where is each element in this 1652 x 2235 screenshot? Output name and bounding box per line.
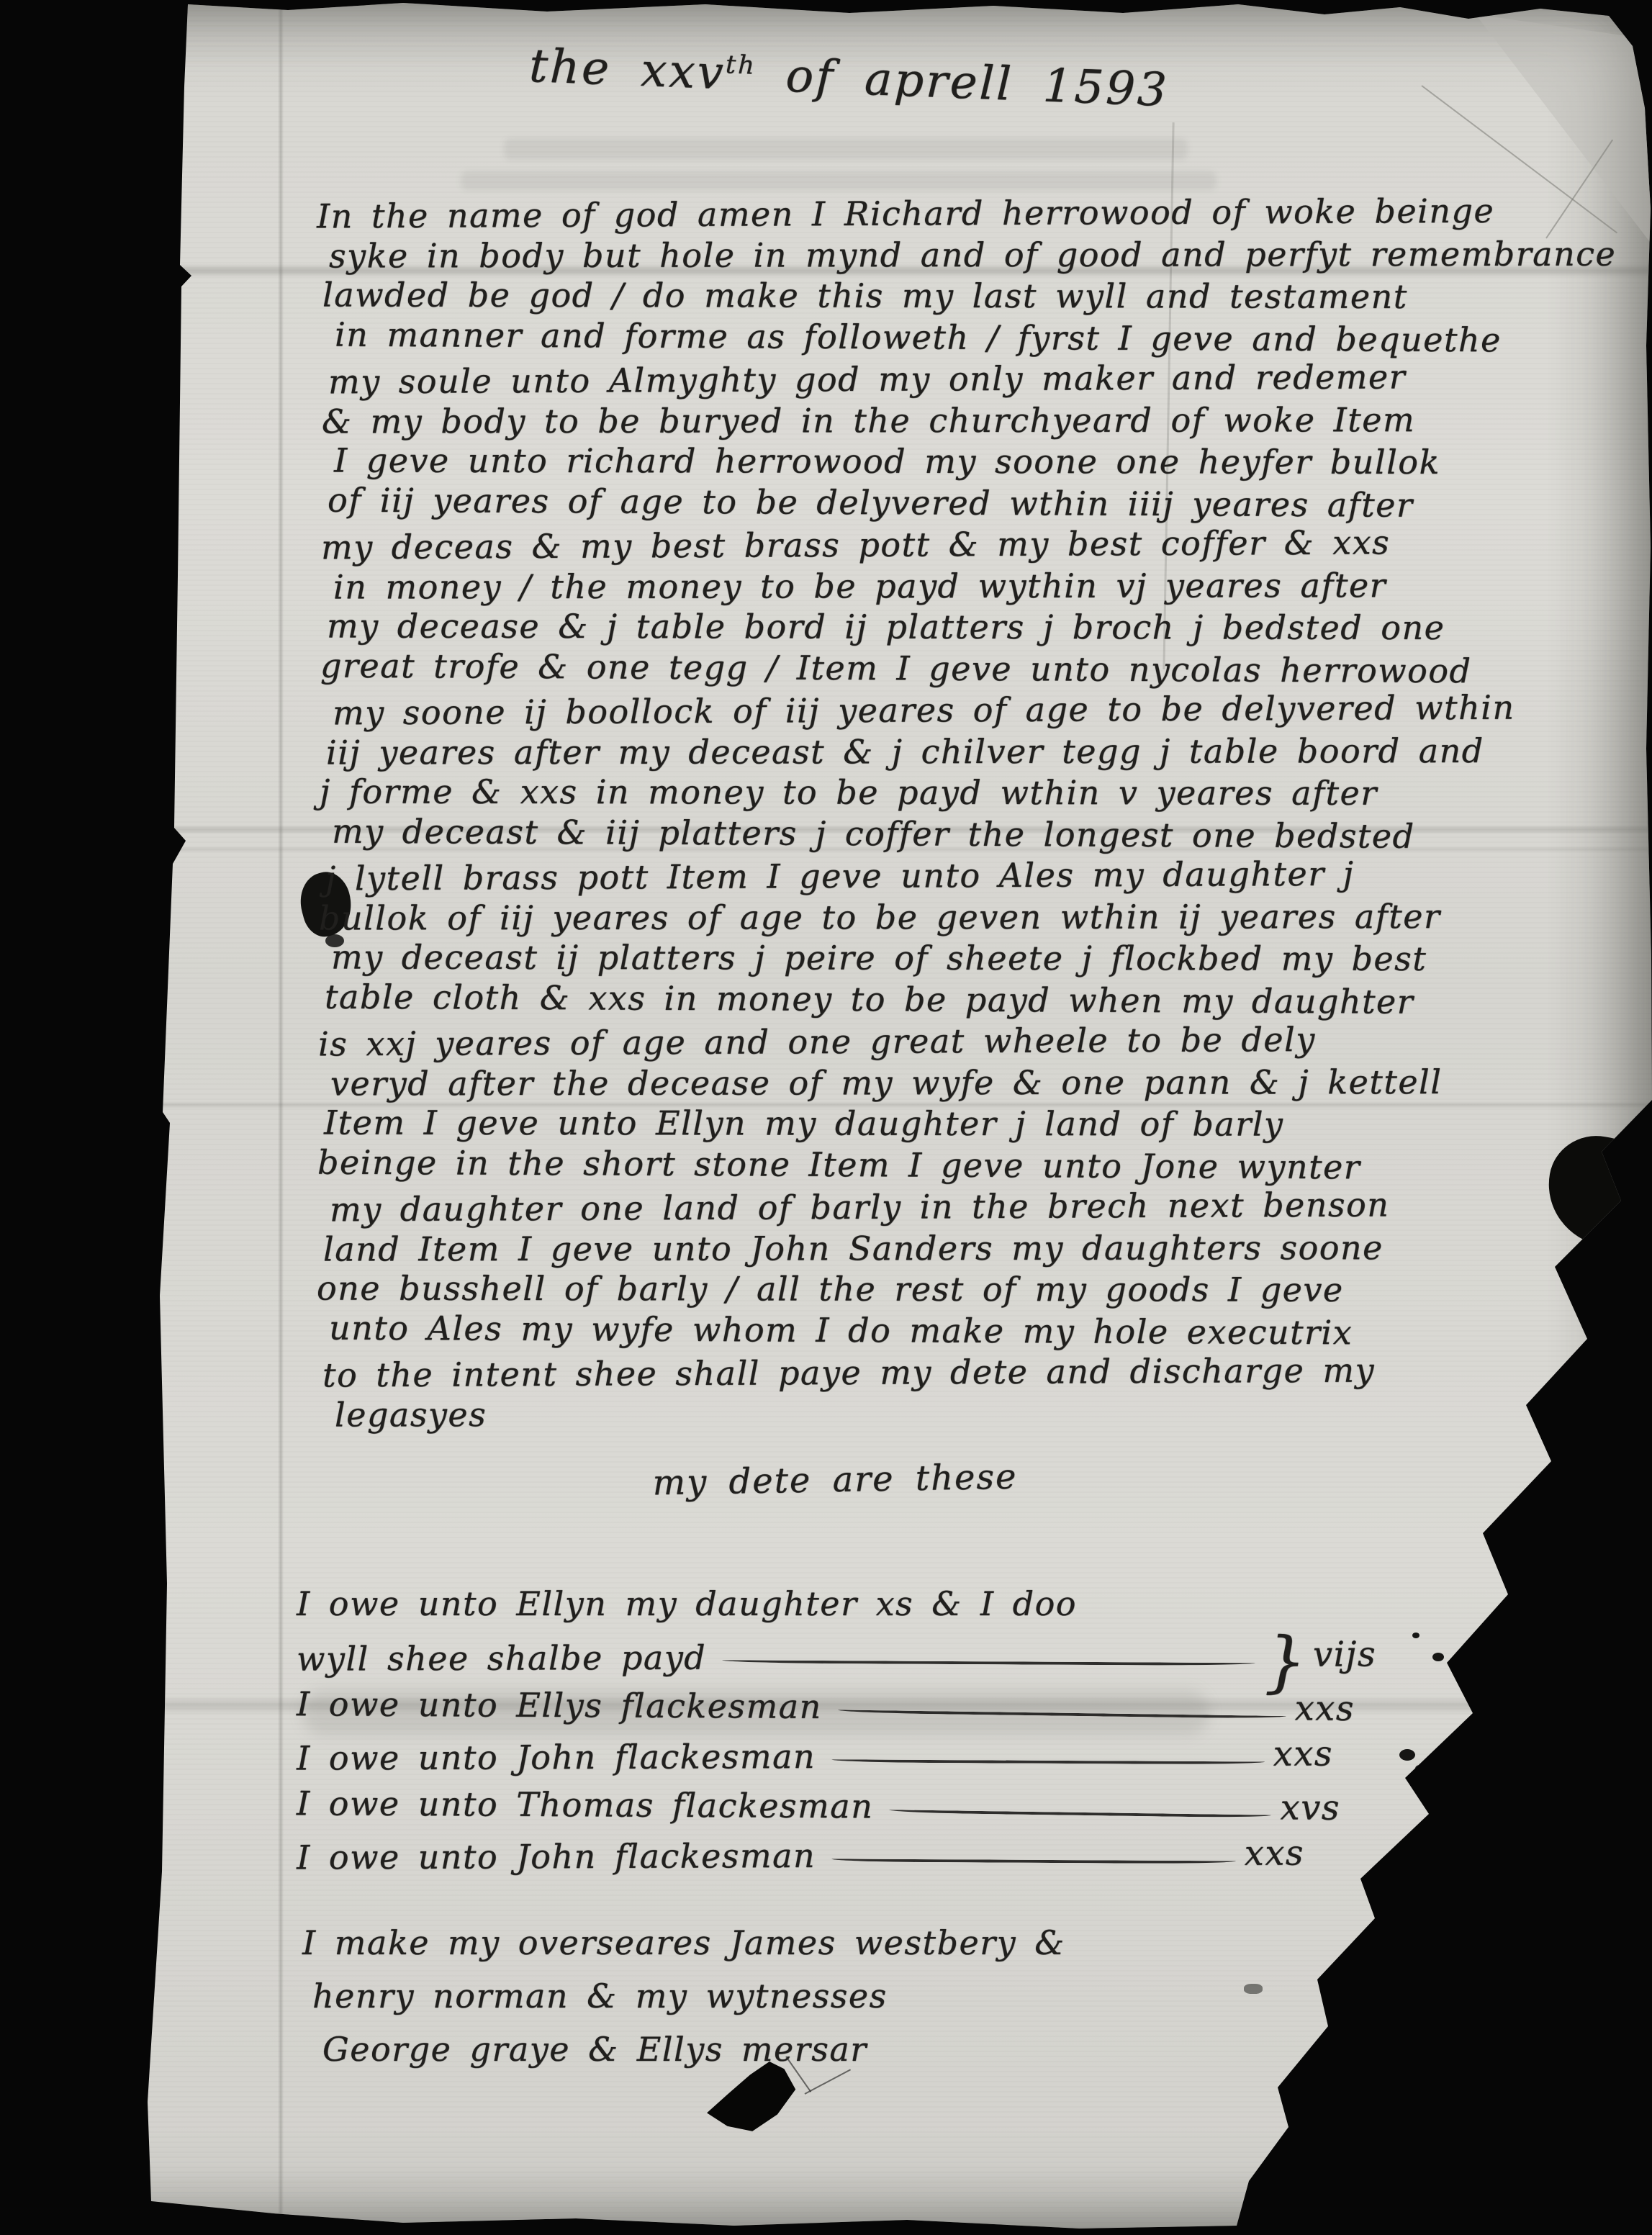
ink-speck [1399, 1749, 1415, 1761]
bleedthrough-mark [461, 171, 1217, 190]
amount-brace: } [1264, 1648, 1307, 1676]
will-body-line: table cloth & xxs in money to be payd wh… [325, 976, 1652, 1024]
date-heading: the xxvth of aprell 1593 [528, 40, 1170, 117]
will-body-line: in manner and forme as followeth / fyrst… [335, 314, 1652, 361]
leader-line [831, 1859, 1236, 1864]
will-body-line: syke in body but hole in mynd and of goo… [329, 233, 1652, 276]
closing-line: henry norman & my wytnesses [312, 1969, 1065, 2023]
will-body-line: my deceast ij platters j peire of sheete… [331, 937, 1652, 980]
will-body-line: land Item I geve unto John Sanders my da… [323, 1227, 1652, 1270]
debt-entry: I owe unto Thomas flackesmanxvs [297, 1773, 1340, 1828]
debt-entry: I owe unto John flackesmanxxs [297, 1824, 1304, 1877]
will-body-line: of iij yeares of age to be delyvered wth… [328, 479, 1652, 527]
date-heading-post: of aprell 1593 [755, 48, 1170, 117]
paper-sheet: the xxvth of aprell 1593 In the name of … [0, 0, 1652, 2235]
debts-list: I owe unto Ellyn my daughter xs & I doow… [297, 1581, 1376, 1875]
closing-line: George graye & Ellys mersar [322, 2023, 1065, 2076]
will-body-line: my daughter one land of barly in the bre… [330, 1183, 1652, 1231]
debt-amount: xvs [1280, 1787, 1340, 1828]
debt-entry: I owe unto John flackesmanxxs [297, 1724, 1333, 1777]
will-body-line: to the intent shee shall paye my dete an… [322, 1349, 1652, 1396]
will-body-line: great trofe & one tegg / Item I geve unt… [320, 645, 1652, 692]
bleedthrough-mark [504, 138, 1188, 160]
will-body-lines: In the name of god amen I Richard herrow… [317, 193, 1652, 1435]
ink-speck [1412, 1633, 1419, 1638]
will-body-line: iij yeares after my deceast & j chilver … [326, 730, 1652, 773]
will-body-line: my deceast & iij platters j coffer the l… [332, 811, 1652, 858]
will-body-line: lawded be god / do make this my last wyl… [322, 275, 1652, 318]
debt-amount: xxs [1273, 1733, 1333, 1774]
will-body-line: my deceas & my best brass pott & my best… [321, 521, 1652, 569]
leader-line [889, 1810, 1271, 1818]
date-heading-superscript: th [725, 50, 757, 81]
will-body-line: is xxj yeares of age and one great wheel… [318, 1018, 1652, 1065]
debt-label: I owe unto John flackesman [297, 1836, 816, 1877]
debt-label: wyll shee shalbe payd [297, 1638, 706, 1679]
leader-line [838, 1710, 1286, 1719]
debts-heading: my dete are these [605, 1455, 1066, 1504]
will-body-line: veryd after the decease of my wyfe & one… [330, 1061, 1652, 1104]
debt-entry: wyll shee shalbe payd}vijs [297, 1625, 1376, 1678]
ink-speck [1244, 1984, 1263, 1994]
debt-label: I owe unto Thomas flackesman [297, 1784, 874, 1825]
will-body-line: j forme & xxs in money to be payd wthin … [320, 772, 1652, 815]
debt-label: I owe unto Ellys flackesman [297, 1684, 822, 1726]
debt-amount: xxs [1245, 1833, 1304, 1874]
leader-line [722, 1660, 1255, 1666]
will-body-line: Item I geve unto Ellyn my daughter j lan… [324, 1103, 1652, 1146]
debt-entry: I owe unto Ellys flackesmanxxs [297, 1674, 1355, 1729]
will-body-line: my soone ij boollock of iij yeares of ag… [333, 687, 1652, 734]
will-body-line: & my body to be buryed in the churchyear… [322, 399, 1652, 442]
ink-speck [1432, 1653, 1444, 1661]
debt-amount: xxs [1295, 1688, 1355, 1728]
will-body-line: In the name of god amen I Richard herrow… [317, 190, 1652, 238]
will-body-line: my decease & j table bord ij platters j … [327, 606, 1652, 649]
leader-line [831, 1759, 1265, 1764]
manuscript-photo: the xxvth of aprell 1593 In the name of … [0, 0, 1652, 2235]
ink-speck [1415, 1765, 1424, 1772]
closing-line: I make my overseares James westbery & [302, 1916, 1065, 1969]
debt-amount: vijs [1313, 1634, 1376, 1674]
will-body-line: in money / the money to be payd wythin v… [333, 564, 1652, 608]
will-body-line: unto Ales my wyfe whom I do make my hole… [329, 1307, 1652, 1355]
date-heading-pre: the xxv [528, 40, 726, 100]
will-body-line: my soule unto Almyghty god my only maker… [328, 356, 1652, 403]
debt-entry-line: I owe unto Ellyn my daughter xs & I doo [297, 1581, 1376, 1627]
will-body-line: beinge in the short stone Item I geve un… [317, 1142, 1652, 1189]
will-body-line: j lytell brass pott Item I geve unto Ale… [325, 852, 1652, 900]
closing-lines: I make my overseares James westbery &hen… [302, 1916, 1065, 2076]
vertical-fold-crease [278, 0, 284, 2235]
will-body-line: I geve unto richard herrowood my soone o… [334, 441, 1652, 484]
will-body-line: one busshell of barly / all the rest of … [317, 1268, 1652, 1311]
will-body-line: bullok of iij yeares of age to be geven … [319, 895, 1652, 939]
debt-label: I owe unto John flackesman [297, 1737, 816, 1778]
will-body-line: legasyes [335, 1392, 1652, 1435]
